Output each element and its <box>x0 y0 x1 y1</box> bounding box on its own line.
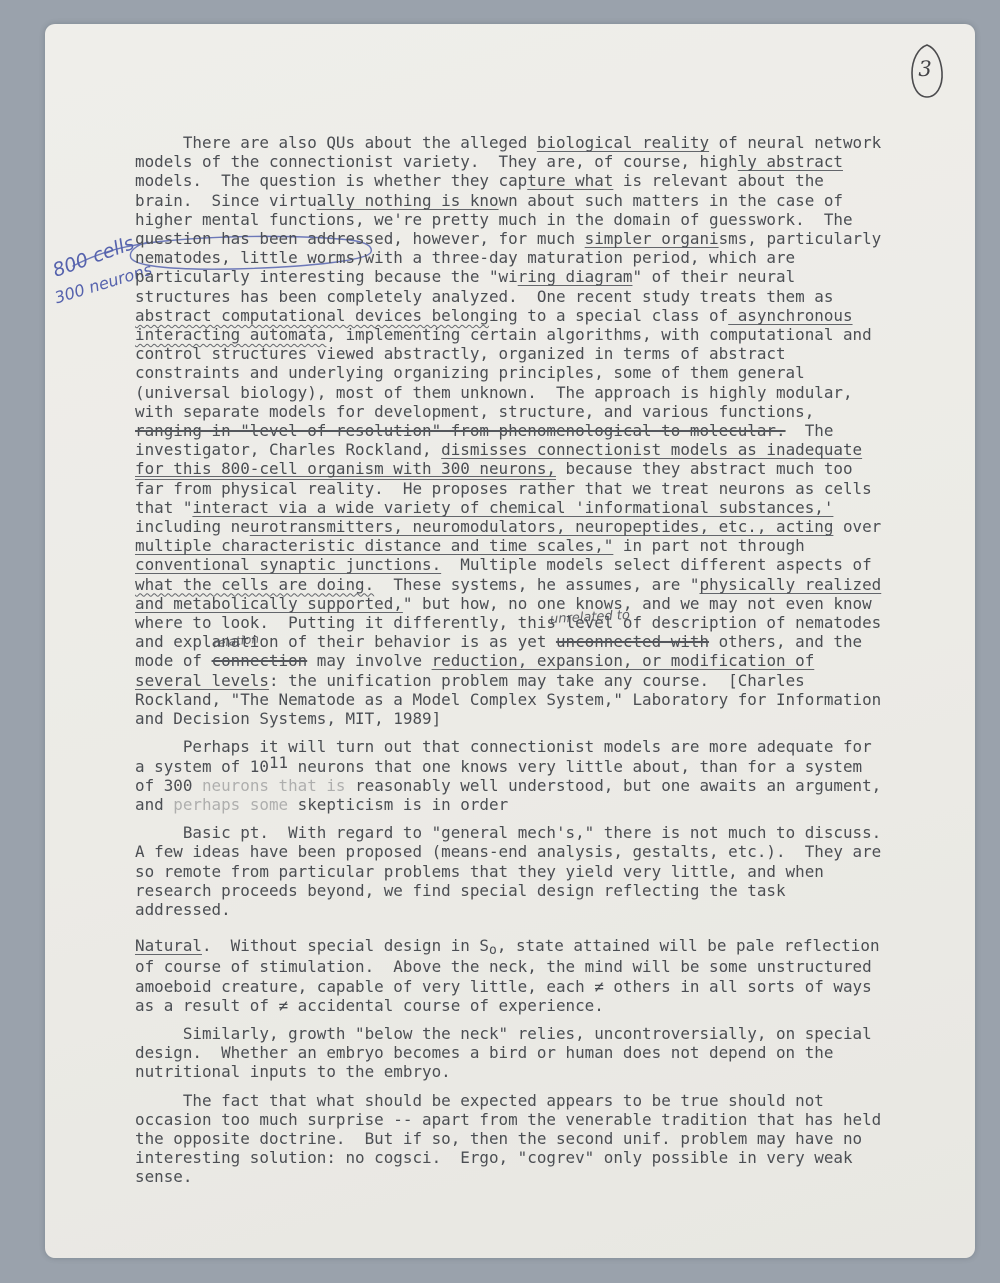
text-segment: Natural <box>135 936 202 955</box>
text-segment: Multiple models select different aspects… <box>441 555 872 574</box>
paragraph: Perhaps it will turn out that connection… <box>135 737 925 814</box>
paragraph: The fact that what should be expected ap… <box>135 1091 925 1187</box>
text-segment: models. The question is whether they cap <box>135 171 527 190</box>
page-number: 3 <box>903 57 947 81</box>
text-segment: interact via a wide variety of chemical … <box>192 498 833 517</box>
text-segment: 11 <box>269 753 288 772</box>
paragraph: There are also QUs about the alleged bio… <box>135 133 925 728</box>
text-segment: abstract computational devices belong <box>135 306 489 325</box>
text-segment: and metabolically supported, <box>135 594 403 613</box>
text-segment: ally nothing is kno <box>317 191 499 210</box>
text-segment: . Without special design in S <box>202 936 489 955</box>
text-segment: ranging in "level of resolution" from ph… <box>135 421 786 440</box>
text-segment: reduction, expansion, or modification of <box>432 651 815 670</box>
text-segment: unconnected with <box>556 632 709 651</box>
text-segment: o <box>489 943 497 958</box>
text-segment: several levels <box>135 671 269 690</box>
document-page: 3 800 cells 300 neurons unrelated to rel… <box>45 24 975 1258</box>
text-segment: ture what <box>527 171 613 190</box>
text-segment: over <box>833 517 881 536</box>
text-segment: Basic pt. With regard to "general mech's… <box>135 823 881 919</box>
text-segment: neurons that is <box>202 776 346 795</box>
text-segment: perhaps some <box>173 795 288 814</box>
typewritten-text: There are also QUs about the alleged bio… <box>135 133 925 1187</box>
text-segment: physically realized <box>699 575 881 594</box>
paragraph: Natural. Without special design in So, s… <box>135 936 925 1015</box>
text-segment: asynchronous <box>728 306 852 325</box>
text-segment: There are also QUs about the alleged <box>135 133 537 152</box>
text-segment: connection <box>212 651 308 670</box>
text-segment: multiple characteristic distance and tim… <box>135 536 613 555</box>
text-segment: The fact that what should be expected ap… <box>135 1091 881 1187</box>
text-segment: interacting automata <box>135 325 326 344</box>
text-segment: conventional synaptic junctions. <box>135 555 441 574</box>
text-segment: including ne <box>135 517 250 536</box>
scan-background: { "page": { "page_number": "3" }, "annot… <box>0 0 1000 1283</box>
paragraph: Basic pt. With regard to "general mech's… <box>135 823 925 919</box>
text-segment: ring diagram <box>518 267 633 286</box>
text-segment: dismisses connectionist models as inadeq… <box>441 440 862 459</box>
text-segment: These systems, he assumes, are " <box>374 575 699 594</box>
text-segment: ing to a special class of <box>489 306 728 325</box>
text-segment: urotransmitters, neuromodulators, neurop… <box>250 517 834 536</box>
text-segment: ly abstract <box>738 152 843 171</box>
text-segment: simpler organi <box>585 229 719 248</box>
text-segment: skepticism is in order <box>288 795 508 814</box>
text-segment: Similarly, growth "below the neck" relie… <box>135 1024 872 1081</box>
text-segment: in part not through <box>613 536 804 555</box>
text-segment: biological reality <box>537 133 709 152</box>
text-segment: what the cells are doing. <box>135 575 374 594</box>
text-segment: for this 800-cell organism with 300 neur… <box>135 459 556 480</box>
page-number-circle: 3 <box>903 40 951 102</box>
paragraph: Similarly, growth "below the neck" relie… <box>135 1024 925 1082</box>
text-segment: may involve <box>307 651 431 670</box>
